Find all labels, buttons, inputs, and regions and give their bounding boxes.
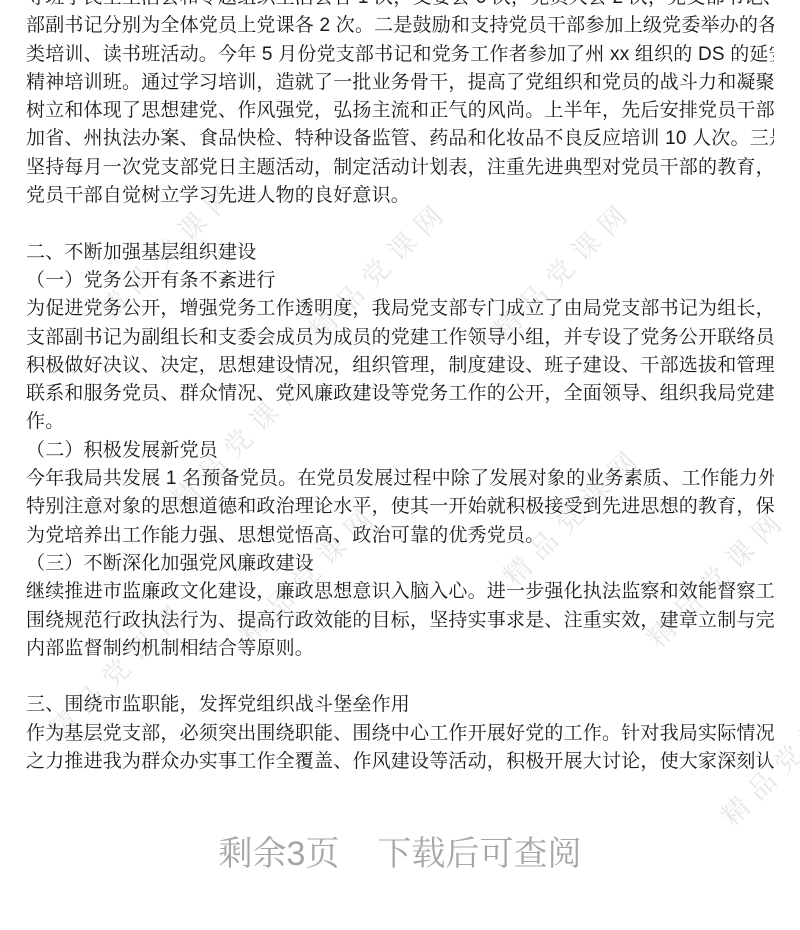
section-heading: 二、不断加强基层组织建设 [26, 239, 774, 267]
paragraph-line: 精神培训班。通过学习培训，造就了一批业务骨干，提高了党组织和党员的战斗力和凝聚力… [26, 69, 774, 97]
paragraph-line: 今年我局共发展 1 名预备党员。在党员发展过程中除了发展对象的业务素质、工作能力… [26, 465, 774, 493]
subsection-heading: （三）不断深化加强党风廉政建设 [26, 550, 774, 578]
document-content: 导班子民主生活会和专题组织生活会各 1 次，支委会 6 次，党员大会 2 次，党… [0, 0, 800, 776]
subsection-heading: （一）党务公开有条不紊进行 [26, 267, 774, 295]
paragraph-line: 作为基层党支部，必须突出围绕职能、围绕中心工作开展好党的工作。针对我局实际情况， [26, 720, 774, 748]
document-page: 精品党课网 精品党课网 精品党课网 精品党课网 精品党课网 精品党课网 精品党课… [0, 0, 800, 930]
paragraph-line: 为促进党务公开，增强党务工作透明度，我局党支部专门成立了由局党支部书记为组长，党 [26, 295, 774, 323]
paragraph-line: 内部监督制约机制相结合等原则。 [26, 635, 774, 663]
pagination-notice: 剩余3页 下载后可查阅 [0, 826, 800, 875]
paragraph-line: 党员干部自觉树立学习先进人物的良好意识。 [26, 182, 774, 210]
paragraph-line: 联系和服务党员、群众情况、党风廉政建设等党务工作的公开，全面领导、组织我局党建工 [26, 380, 774, 408]
paragraph-line: 坚持每月一次党支部党日主题活动，制定活动计划表，注重先进典型对党员干部的教育，使 [26, 154, 774, 182]
paragraph-line: 特别注意对象的思想道德和政治理论水平，使其一开始就积极接受到先进思想的教育，保证 [26, 493, 774, 521]
paragraph-line-clipped: 之力推进我为群众办实事工作全覆盖、作风建设等活动，积极开展大讨论，使大家深刻认识 [26, 748, 774, 776]
pages-remaining-text: 剩余3页 [219, 826, 340, 875]
subsection-heading: （二）积极发展新党员 [26, 437, 774, 465]
paragraph-line: 加省、州执法办案、食品快检、特种设备监管、药品和化妆品不良反应培训 10 人次。… [26, 125, 774, 153]
paragraph-line: 继续推进市监廉政文化建设，廉政思想意识入脑入心。进一步强化执法监察和效能督察工作… [26, 578, 774, 606]
paragraph-line: 积极做好决议、决定，思想建设情况，组织管理，制度建设、班子建设、干部选拔和管理、 [26, 352, 774, 380]
download-hint-text: 下载后可查阅 [377, 826, 581, 875]
paragraph-line: 部副书记分别为全体党员上党课各 2 次。二是鼓励和支持党员干部参加上级党委举办的… [26, 12, 774, 40]
section-heading: 三、围绕市监职能，发挥党组织战斗堡垒作用 [26, 691, 774, 719]
blank-line [26, 663, 774, 691]
paragraph-line: 支部副书记为副组长和支委会成员为成员的党建工作领导小组，并专设了党务公开联络员， [26, 324, 774, 352]
paragraph-line: 作。 [26, 408, 774, 436]
paragraph-line-clipped: 导班子民主生活会和专题组织生活会各 1 次，支委会 6 次，党员大会 2 次，党… [26, 0, 774, 12]
paragraph-line: 为党培养出工作能力强、思想觉悟高、政治可靠的优秀党员。 [26, 522, 774, 550]
paragraph-line: 树立和体现了思想建党、作风强党，弘扬主流和正气的风尚。上半年，先后安排党员干部参 [26, 97, 774, 125]
paragraph-line: 围绕规范行政执法行为、提高行政效能的目标，坚持实事求是、注重实效，建章立制与完善 [26, 607, 774, 635]
blank-line [26, 210, 774, 238]
paragraph-line: 类培训、读书班活动。今年 5 月份党支部书记和党务工作者参加了州 xx 组织的 … [26, 41, 774, 69]
